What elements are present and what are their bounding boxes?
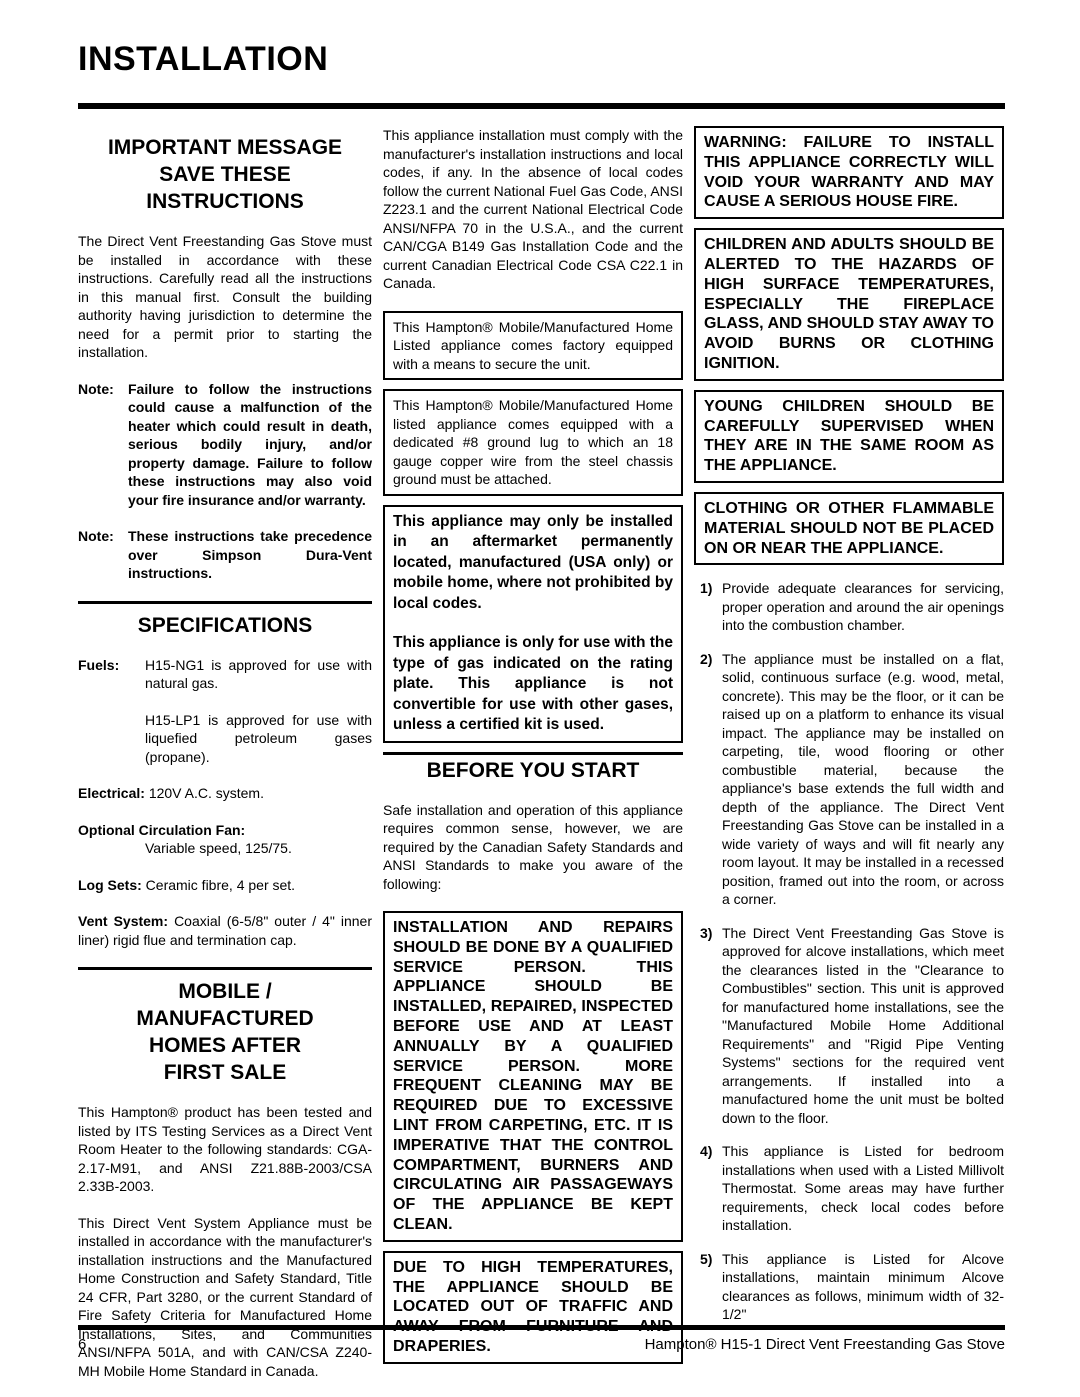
gas-type-box: This appliance may only be installed in … bbox=[383, 505, 683, 743]
list-item-number: 1) bbox=[700, 579, 712, 598]
right-column: WARNING: FAILURE TO INSTALL THIS APPLIAN… bbox=[694, 126, 1004, 1397]
children-adults-text: CHILDREN AND ADULTS SHOULD BE ALERTED TO… bbox=[704, 235, 994, 374]
list-item-number: 5) bbox=[700, 1250, 712, 1269]
list-item-2: 2) The appliance must be installed on a … bbox=[694, 650, 1004, 909]
gas-type-text-1: This appliance may only be installed in … bbox=[393, 512, 673, 615]
spec-vent-label: Vent System: bbox=[78, 913, 168, 929]
spec-electrical-value: 120V A.C. system. bbox=[149, 785, 264, 801]
list-item-4: 4) This appliance is Listed for bedroom … bbox=[694, 1142, 1004, 1235]
spec-fuels: Fuels: H15-NG1 is approved for use with … bbox=[78, 656, 372, 767]
qualified-service-text: INSTALLATION AND REPAIRS SHOULD BE DONE … bbox=[393, 918, 673, 1235]
list-item-number: 3) bbox=[700, 924, 712, 943]
content-columns: IMPORTANT MESSAGE SAVE THESE INSTRUCTION… bbox=[78, 126, 1005, 1397]
spec-fuels-label: Fuels: bbox=[78, 656, 119, 675]
list-item-3: 3) The Direct Vent Freestanding Gas Stov… bbox=[694, 924, 1004, 1128]
note-label: Note: bbox=[78, 527, 114, 546]
spec-fuels-lp: H15-LP1 is approved for use with liquefi… bbox=[145, 711, 372, 767]
spec-fan-value: Variable speed, 125/75. bbox=[78, 839, 372, 858]
list-item-number: 2) bbox=[700, 650, 712, 669]
young-children-box: YOUNG CHILDREN SHOULD BE CAREFULLY SUPER… bbox=[694, 390, 1004, 483]
page-footer: 6 Hampton® H15-1 Direct Vent Freestandin… bbox=[78, 1336, 1005, 1353]
secure-unit-box: This Hampton® Mobile/Manufactured Home L… bbox=[383, 311, 683, 381]
intro-paragraph: The Direct Vent Freestanding Gas Stove m… bbox=[78, 232, 372, 362]
before-you-start-paragraph: Safe installation and operation of this … bbox=[383, 801, 683, 894]
spec-vent: Vent System: Coaxial (6-5/8" outer / 4" … bbox=[78, 912, 372, 949]
note-failure-instructions: Note: Failure to follow the instructions… bbox=[78, 380, 372, 510]
young-children-text: YOUNG CHILDREN SHOULD BE CAREFULLY SUPER… bbox=[704, 397, 994, 476]
spec-electrical-label: Electrical: bbox=[78, 785, 145, 801]
note-text: These instructions take precedence over … bbox=[128, 528, 372, 581]
codes-paragraph: This appliance installation must comply … bbox=[383, 126, 683, 293]
mobile-homes-paragraph-2: This Direct Vent System Appliance must b… bbox=[78, 1214, 372, 1381]
section-divider bbox=[78, 601, 372, 604]
ground-lug-text: This Hampton® Mobile/Manufactured Home l… bbox=[393, 396, 673, 489]
requirements-list: 1) Provide adequate clearances for servi… bbox=[694, 579, 1004, 1324]
spec-electrical: Electrical: 120V A.C. system. bbox=[78, 784, 372, 803]
section-divider bbox=[78, 967, 372, 970]
footer-rule bbox=[78, 1325, 1005, 1330]
list-item-text: This appliance is Listed for Alcove inst… bbox=[722, 1251, 1004, 1323]
spec-fan: Optional Circulation Fan: Variable speed… bbox=[78, 821, 372, 858]
manual-page: INSTALLATION IMPORTANT MESSAGE SAVE THES… bbox=[0, 0, 1080, 1397]
spec-logsets: Log Sets: Ceramic fibre, 4 per set. bbox=[78, 876, 372, 895]
important-message-heading: IMPORTANT MESSAGE SAVE THESE INSTRUCTION… bbox=[78, 134, 372, 215]
list-item-5: 5) This appliance is Listed for Alcove i… bbox=[694, 1250, 1004, 1324]
page-number: 6 bbox=[78, 1336, 86, 1353]
left-column: IMPORTANT MESSAGE SAVE THESE INSTRUCTION… bbox=[78, 126, 372, 1397]
spec-logsets-value: Ceramic fibre, 4 per set. bbox=[146, 877, 295, 893]
clothing-text: CLOTHING OR OTHER FLAMMABLE MATERIAL SHO… bbox=[704, 499, 994, 558]
children-adults-box: CHILDREN AND ADULTS SHOULD BE ALERTED TO… bbox=[694, 228, 1004, 381]
middle-column: This appliance installation must comply … bbox=[383, 126, 683, 1397]
clothing-box: CLOTHING OR OTHER FLAMMABLE MATERIAL SHO… bbox=[694, 492, 1004, 565]
page-title: INSTALLATION bbox=[78, 40, 1005, 79]
list-item-text: Provide adequate clearances for servicin… bbox=[722, 580, 1004, 633]
list-item-number: 4) bbox=[700, 1142, 712, 1161]
spec-fuels-ng: H15-NG1 is approved for use with natural… bbox=[145, 656, 372, 693]
section-divider bbox=[383, 752, 683, 755]
title-rule bbox=[78, 103, 1005, 109]
footer-doc-title: Hampton® H15-1 Direct Vent Freestanding … bbox=[645, 1336, 1005, 1353]
note-precedence: Note: These instructions take precedence… bbox=[78, 527, 372, 583]
note-label: Note: bbox=[78, 380, 114, 399]
mobile-homes-heading: MOBILE / MANUFACTURED HOMES AFTER FIRST … bbox=[78, 978, 372, 1086]
gas-type-text-2: This appliance is only for use with the … bbox=[393, 633, 673, 736]
mobile-homes-paragraph-1: This Hampton® product has been tested an… bbox=[78, 1103, 372, 1196]
warning-install-box: WARNING: FAILURE TO INSTALL THIS APPLIAN… bbox=[694, 126, 1004, 219]
secure-unit-text: This Hampton® Mobile/Manufactured Home L… bbox=[393, 318, 673, 374]
note-text: Failure to follow the instructions could… bbox=[128, 381, 372, 508]
qualified-service-box: INSTALLATION AND REPAIRS SHOULD BE DONE … bbox=[383, 911, 683, 1242]
list-item-1: 1) Provide adequate clearances for servi… bbox=[694, 579, 1004, 635]
specifications-heading: SPECIFICATIONS bbox=[78, 612, 372, 639]
spec-fan-label: Optional Circulation Fan: bbox=[78, 822, 245, 838]
spec-logsets-label: Log Sets: bbox=[78, 877, 142, 893]
list-item-text: The Direct Vent Freestanding Gas Stove i… bbox=[722, 925, 1004, 1126]
warning-install-text: WARNING: FAILURE TO INSTALL THIS APPLIAN… bbox=[704, 133, 994, 212]
list-item-text: This appliance is Listed for bedroom ins… bbox=[722, 1143, 1004, 1233]
list-item-text: The appliance must be installed on a fla… bbox=[722, 651, 1004, 908]
ground-lug-box: This Hampton® Mobile/Manufactured Home l… bbox=[383, 389, 683, 496]
before-you-start-heading: BEFORE YOU START bbox=[383, 757, 683, 784]
